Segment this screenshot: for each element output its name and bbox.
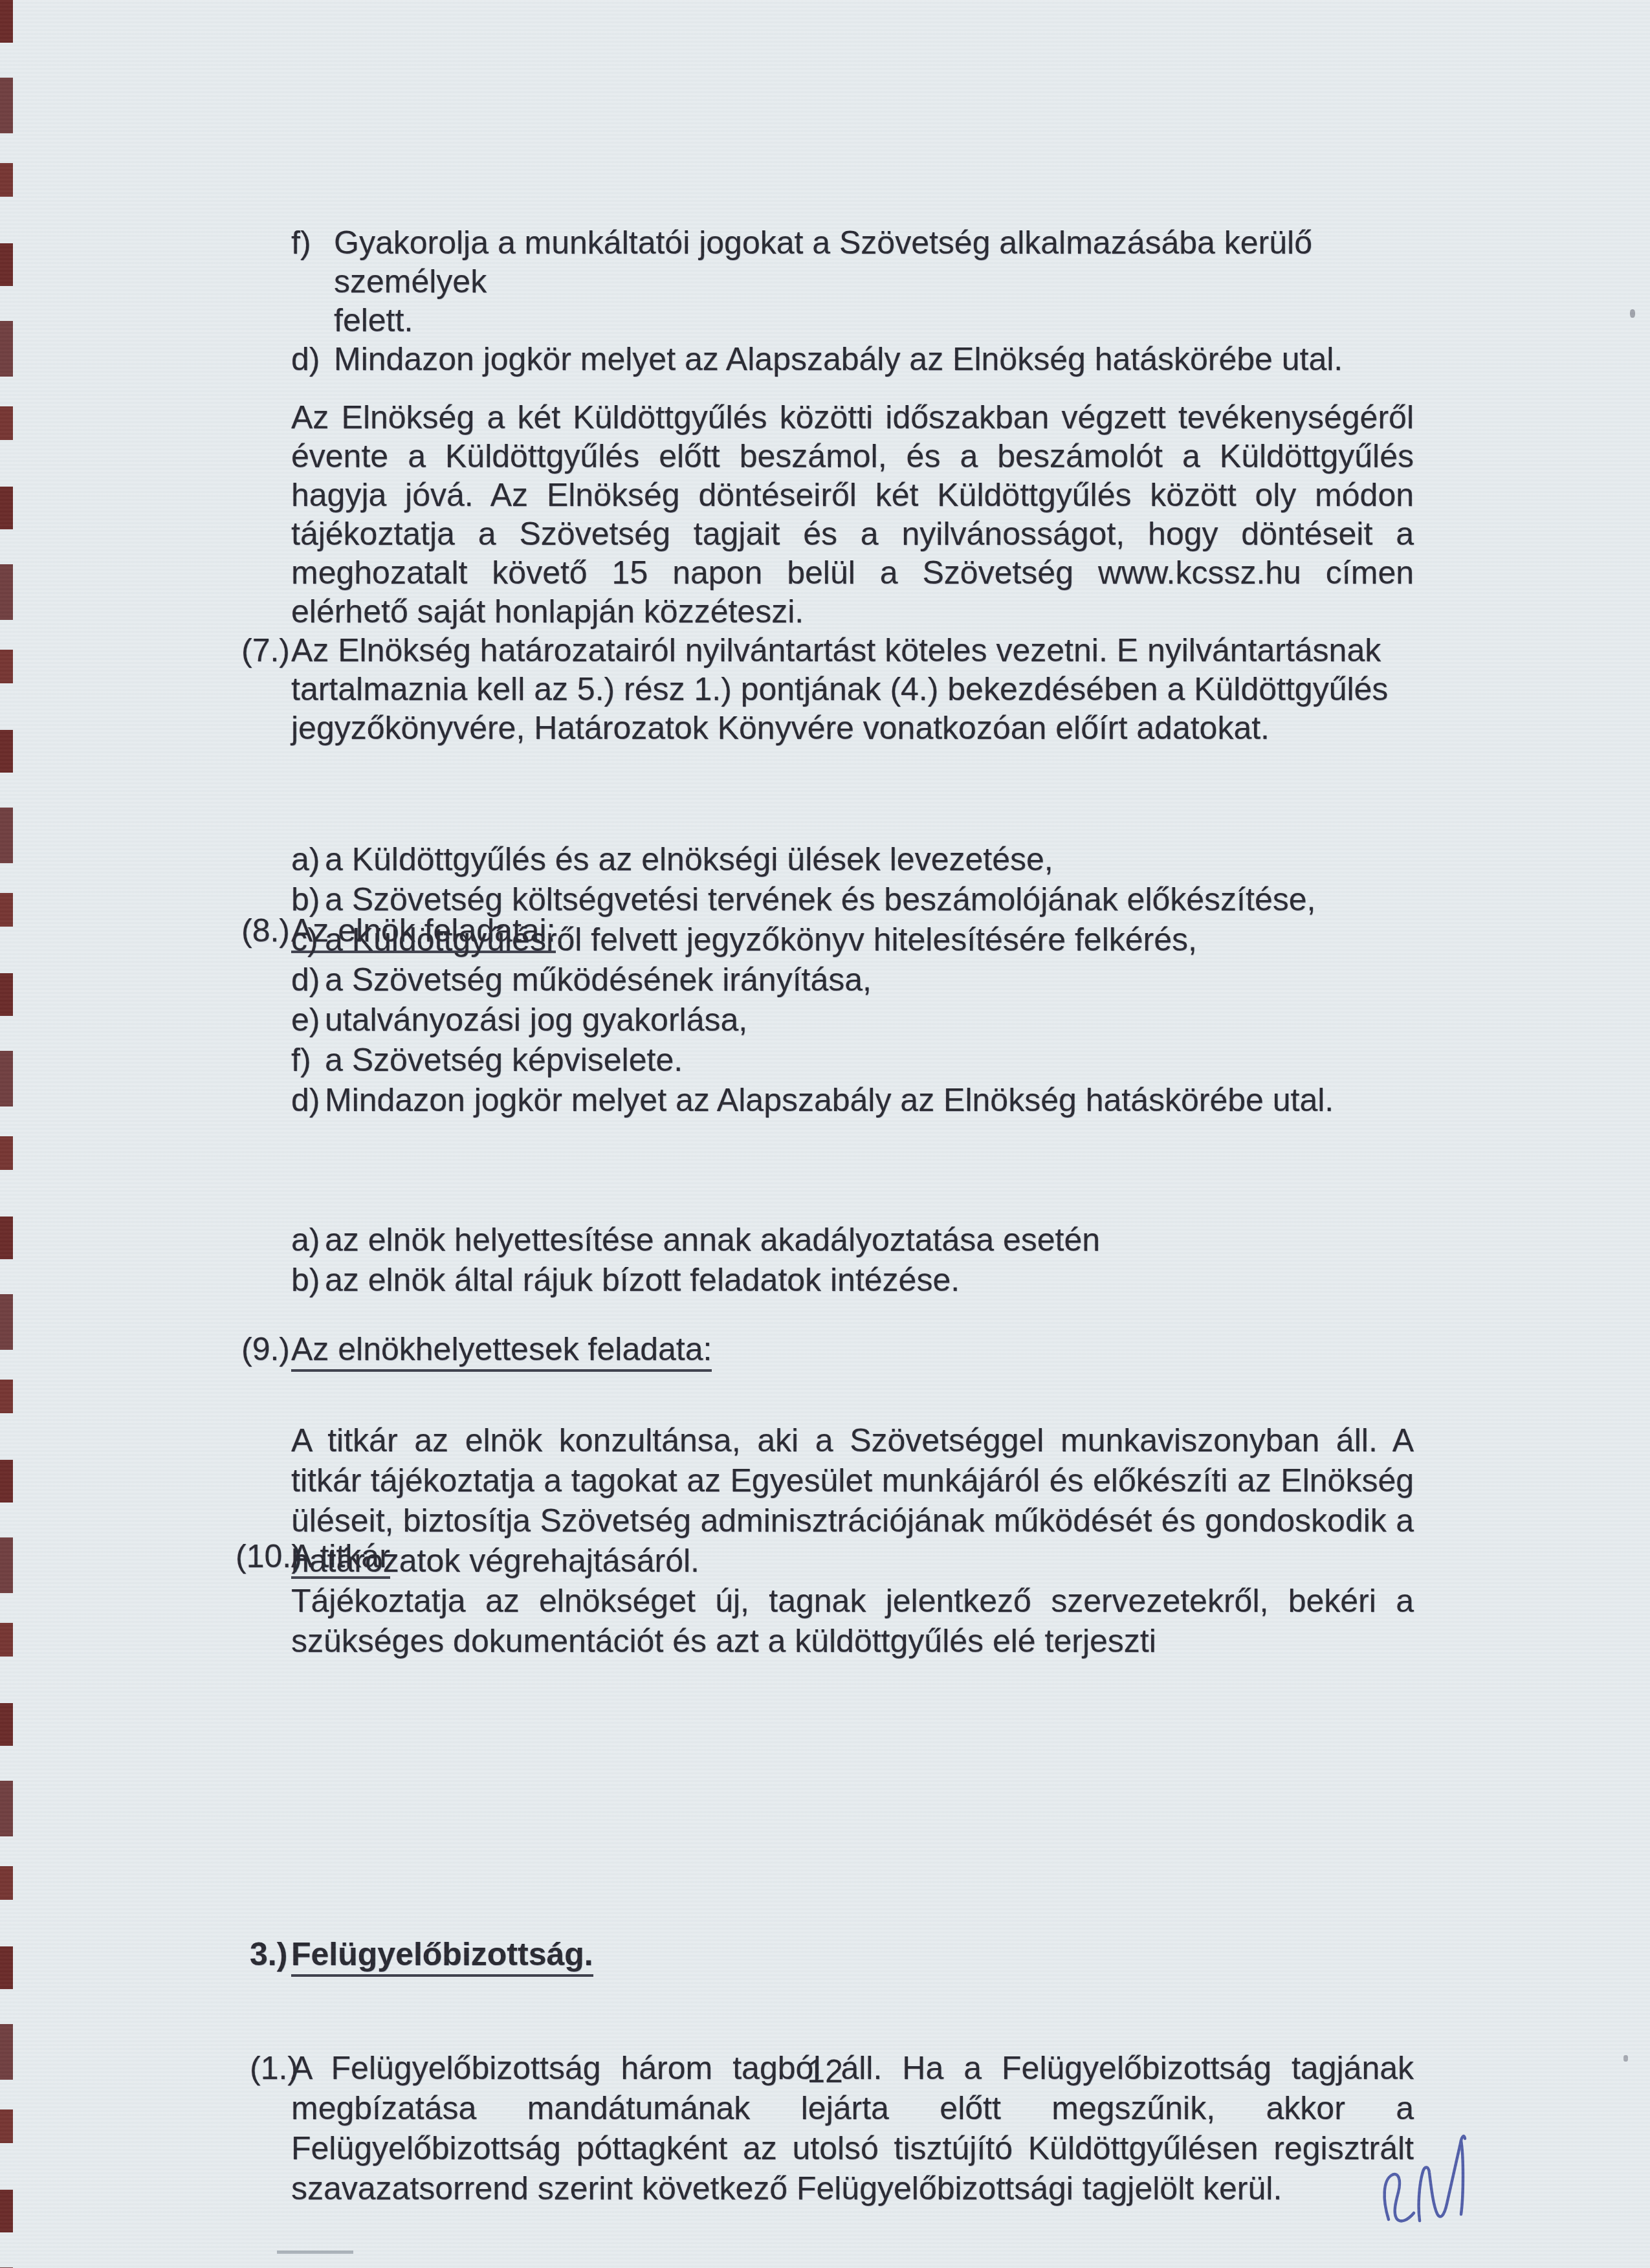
scan-speck <box>1623 2055 1628 2062</box>
item-marker: b) <box>291 1260 325 1300</box>
handwritten-signature <box>1367 2117 1515 2240</box>
item-text-line1: Gyakorolja a munkáltatói jogokat a Szöve… <box>334 225 1312 300</box>
item-text: az elnök helyettesítése annak akadályozt… <box>325 1222 1100 1258</box>
item-7-marker: (7.) <box>241 631 290 670</box>
item-text: utalványozási jog gyakorlása, <box>325 1002 747 1038</box>
section-3-title: Felügyelőbizottság. <box>291 1936 593 1977</box>
list-item: d)a Szövetség működésének irányítása, <box>291 960 1414 1000</box>
paragraph-titkar: A titkár az elnök konzultánsa, aki a Szö… <box>291 1420 1414 1661</box>
page-number: 12 <box>0 2053 1650 2090</box>
list-item-d: d)Mindazon jogkör melyet az Alapszabály … <box>291 340 1414 379</box>
item-7-text: Az Elnökség határozatairól nyilvántartás… <box>291 631 1414 747</box>
item-text: a Szövetség költségvetési tervének és be… <box>325 881 1315 918</box>
paragraph-titkar-2: Tájékoztatja az elnökséget új, tagnak je… <box>291 1581 1414 1661</box>
item-marker: d) <box>291 960 325 1000</box>
item-text: a Szövetség képviselete. <box>325 1042 683 1078</box>
item-text: a Küldöttgyűlés és az elnökségi ülések l… <box>325 841 1053 877</box>
item-text: az elnök által rájuk bízott feladatok in… <box>325 1262 960 1298</box>
scan-speck <box>1630 309 1635 318</box>
item-7: (7.) Az Elnökség határozatairól nyilvánt… <box>291 631 1414 747</box>
paragraph-titkar-1: A titkár az elnök konzultánsa, aki a Szö… <box>291 1420 1414 1581</box>
list-item: b)a Szövetség költségvetési tervének és … <box>291 879 1414 919</box>
list-item: a)a Küldöttgyűlés és az elnökségi ülések… <box>291 839 1414 879</box>
list-item: d)Mindazon jogkör melyet az Alapszabály … <box>291 1080 1414 1120</box>
item-marker: d) <box>291 340 334 379</box>
list-item: b)az elnök által rájuk bízott feladatok … <box>291 1260 1414 1300</box>
item-marker: a) <box>291 839 325 879</box>
section-3-marker: 3.) <box>250 1935 287 1974</box>
scan-bottom-artifact <box>277 2251 353 2254</box>
section-8-items: a)a Küldöttgyűlés és az elnökségi ülések… <box>291 839 1414 1120</box>
section-3-heading: 3.) Felügyelőbizottság. <box>291 1935 1414 1974</box>
scanned-document-page: f)Gyakorolja a munkáltatói jogokat a Szö… <box>0 0 1650 2268</box>
list-item: c)a Küldöttgyűlésről felvett jegyzőkönyv… <box>291 919 1414 960</box>
scan-edge-artifacts <box>0 0 13 2268</box>
list-item-f: f)Gyakorolja a munkáltatói jogokat a Szö… <box>291 223 1414 340</box>
item-text: Mindazon jogkör melyet az Alapszabály az… <box>334 341 1343 377</box>
section-8-marker: (8.) <box>241 911 290 950</box>
item-text: a Szövetség működésének irányítása, <box>325 962 872 998</box>
item-marker: b) <box>291 879 325 919</box>
list-item: a)az elnök helyettesítése annak akadályo… <box>291 1220 1414 1260</box>
item-marker: c) <box>291 919 325 960</box>
section-9-heading: (9.) Az elnökhelyettesek feladata: <box>291 1330 1414 1369</box>
item-marker: a) <box>291 1220 325 1260</box>
item-text-line2: felett. <box>334 302 413 338</box>
top-list: f)Gyakorolja a munkáltatói jogokat a Szö… <box>291 223 1414 379</box>
list-item: e)utalványozási jog gyakorlása, <box>291 1000 1414 1040</box>
section-9-marker: (9.) <box>241 1330 290 1369</box>
item-marker: e) <box>291 1000 325 1040</box>
document-body: f)Gyakorolja a munkáltatói jogokat a Szö… <box>291 0 1414 2268</box>
section-9-title: Az elnökhelyettesek feladata: <box>291 1331 712 1372</box>
item-marker: f) <box>291 223 334 262</box>
paragraph-elnokseg: Az Elnökség a két Küldöttgyűlés közötti … <box>291 398 1414 631</box>
paragraph-text: Az Elnökség a két Küldöttgyűlés közötti … <box>291 399 1414 630</box>
item-text: a Küldöttgyűlésről felvett jegyzőkönyv h… <box>325 921 1197 958</box>
item-marker: d) <box>291 1080 325 1120</box>
section-9-items: a)az elnök helyettesítése annak akadályo… <box>291 1220 1414 1300</box>
item-text: Mindazon jogkör melyet az Alapszabály az… <box>325 1082 1334 1118</box>
list-item: f)a Szövetség képviselete. <box>291 1040 1414 1080</box>
item-marker: f) <box>291 1040 325 1080</box>
